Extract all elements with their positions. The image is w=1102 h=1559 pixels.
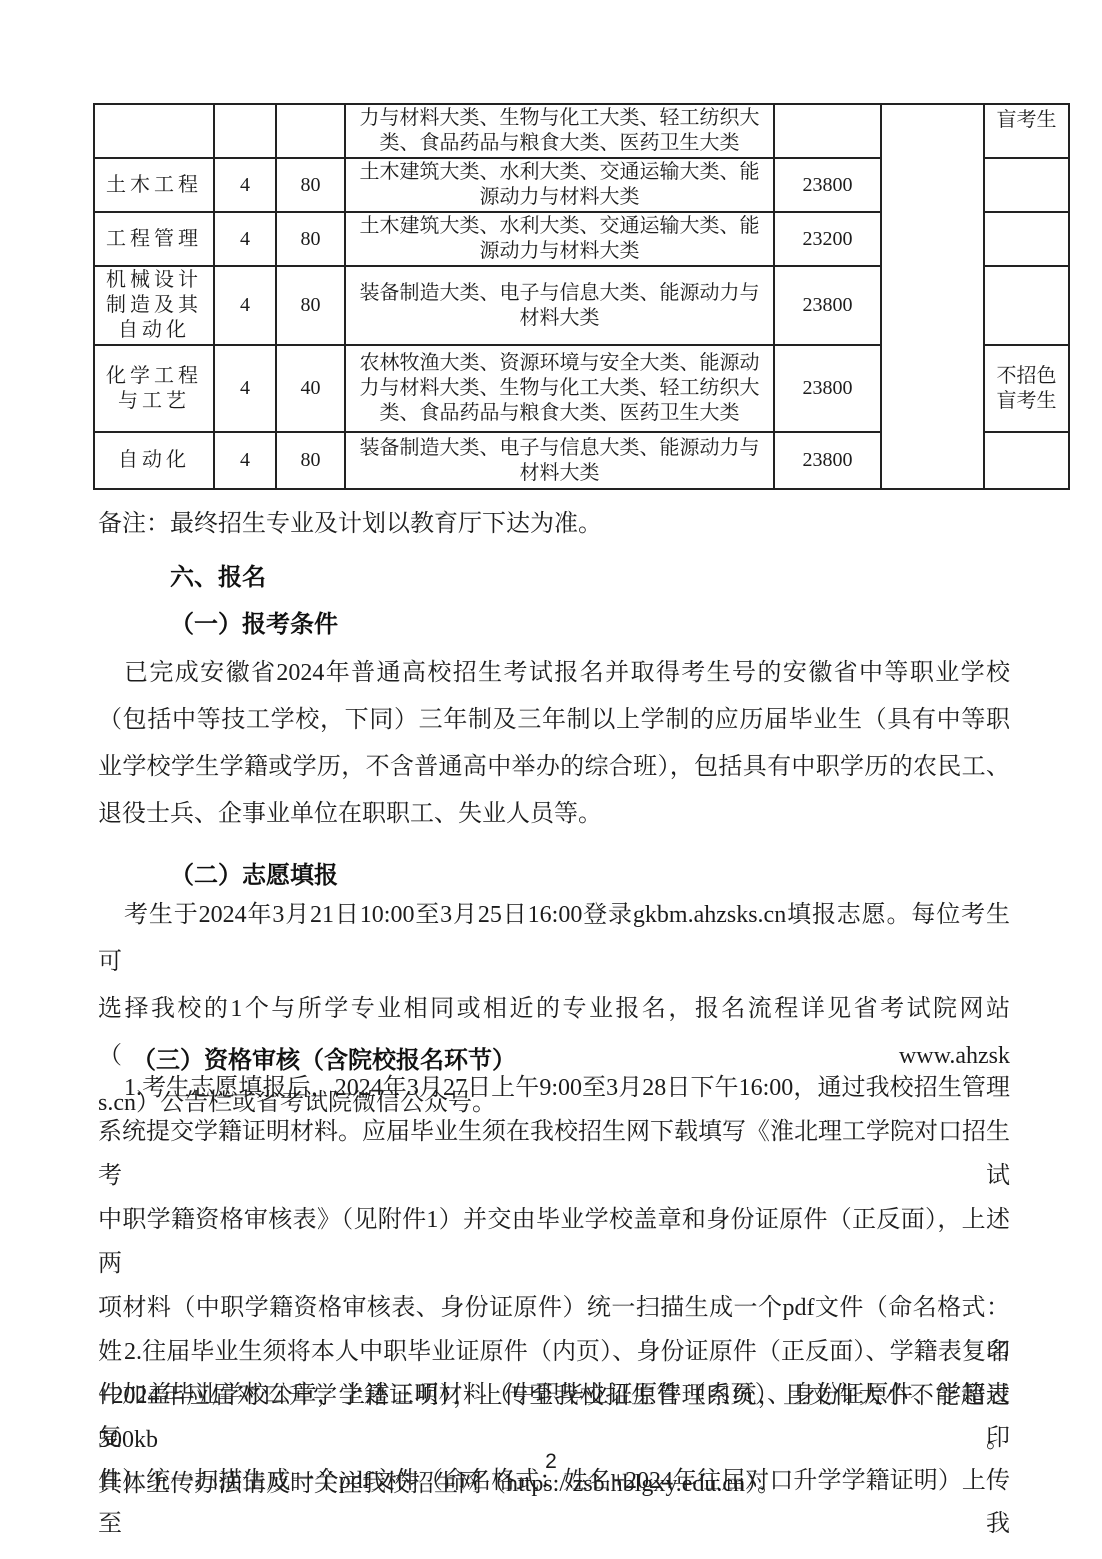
study-years-cell: 4 xyxy=(214,345,276,432)
tuition-fee-cell: 23800 xyxy=(774,345,881,432)
plan-count-cell: 40 xyxy=(276,345,345,432)
category-scope-cell: 装备制造大类、电子与信息大类、能源动力与材料大类 xyxy=(345,266,774,345)
study-years-cell: 4 xyxy=(214,212,276,266)
major-name-cell xyxy=(94,104,214,158)
tuition-fee-cell: 23800 xyxy=(774,158,881,212)
category-scope-cell: 装备制造大类、电子与信息大类、能源动力与材料大类 xyxy=(345,432,774,489)
category-scope-cell: 土木建筑大类、水利大类、交通运输大类、能源动力与材料大类 xyxy=(345,158,774,212)
major-name-cell: 机械设计制造及其自动化 xyxy=(94,266,214,345)
text-line: 已完成安徽省2024年普通高校招生考试报名并取得考生号的安徽省中等职业学校 xyxy=(98,650,1010,697)
study-years-cell xyxy=(214,104,276,158)
text-line: 退役士兵、企事业单位在职职工、失业人员等。 xyxy=(98,791,1010,838)
text-line: 2.往届毕业生须将本人中职毕业证原件（内页）、身份证原件（正反面）、学籍表复印 xyxy=(98,1331,1010,1374)
text-line: （包括中等技工学校，下同）三年制及三年制以上学制的应历届毕业生（具有中等职 xyxy=(98,697,1010,744)
plan-count-cell: 80 xyxy=(276,212,345,266)
category-scope-cell: 土木建筑大类、水利大类、交通运输大类、能源动力与材料大类 xyxy=(345,212,774,266)
text-line: 业学校学生学籍或学历，不含普通高中举办的综合班），包括具有中职学历的农民工、 xyxy=(98,744,1010,791)
enrollment-plan-table: 力与材料大类、生物与化工大类、轻工纺织大类、食品药品与粮食大类、医药卫生大类盲考… xyxy=(93,103,1070,490)
major-name-cell: 工程管理 xyxy=(94,212,214,266)
text-line: 1.考生志愿填报后，2024年3月27日上午9:00至3月28日下午16:00，… xyxy=(98,1066,1010,1110)
subsection-heading-volunteer-filling: （二）志愿填报 xyxy=(170,855,338,890)
plan-count-cell xyxy=(276,104,345,158)
tuition-fee-cell: 23800 xyxy=(774,266,881,345)
major-name-cell: 化学工程与工艺 xyxy=(94,345,214,432)
subsection-heading-application-conditions: （一）报考条件 xyxy=(170,604,338,639)
note-cell xyxy=(984,432,1069,489)
study-years-cell: 4 xyxy=(214,266,276,345)
plan-table-body: 力与材料大类、生物与化工大类、轻工纺织大类、食品药品与粮食大类、医药卫生大类盲考… xyxy=(94,104,1069,489)
empty-merged-cell xyxy=(881,104,984,489)
study-years-cell: 4 xyxy=(214,158,276,212)
table-remark: 备注：最终招生专业及计划以教育厅下达为准。 xyxy=(98,503,602,538)
note-cell xyxy=(984,212,1069,266)
text-line: 系统提交学籍证明材料。应届毕业生须在我校招生网下载填写《淮北理工学院对口招生考试 xyxy=(98,1110,1010,1198)
plan-count-cell: 80 xyxy=(276,266,345,345)
tuition-fee-cell: 23200 xyxy=(774,212,881,266)
paragraph-qualification-review-2: 2.往届毕业生须将本人中职毕业证原件（内页）、身份证原件（正反面）、学籍表复印件… xyxy=(98,1331,1010,1546)
note-cell: 盲考生 xyxy=(984,104,1069,158)
text-line: 中职学籍资格审核表》（见附件1）并交由毕业学校盖章和身份证原件（正反面），上述两 xyxy=(98,1198,1010,1286)
page-number: 2 xyxy=(0,1450,1102,1474)
study-years-cell: 4 xyxy=(214,432,276,489)
paragraph-application-conditions: 已完成安徽省2024年普通高校招生考试报名并取得考生号的安徽省中等职业学校（包括… xyxy=(98,650,1010,838)
category-scope-cell: 农林牧渔大类、资源环境与安全大类、能源动力与材料大类、生物与化工大类、轻工纺织大… xyxy=(345,345,774,432)
note-cell xyxy=(984,158,1069,212)
text-line: 件加盖毕业学校公章，上述三项材料（中职毕业证原件（内页）、身份证原件、学籍表复印 xyxy=(98,1374,1010,1460)
plan-count-cell: 80 xyxy=(276,158,345,212)
document-page: 力与材料大类、生物与化工大类、轻工纺织大类、食品药品与粮食大类、医药卫生大类盲考… xyxy=(0,0,1102,1559)
category-scope-cell: 力与材料大类、生物与化工大类、轻工纺织大类、食品药品与粮食大类、医药卫生大类 xyxy=(345,104,774,158)
major-name-cell: 自动化 xyxy=(94,432,214,489)
major-name-cell: 土木工程 xyxy=(94,158,214,212)
note-cell xyxy=(984,266,1069,345)
note-cell: 不招色盲考生 xyxy=(984,345,1069,432)
plan-count-cell: 80 xyxy=(276,432,345,489)
plan-table-row: 力与材料大类、生物与化工大类、轻工纺织大类、食品药品与粮食大类、医药卫生大类盲考… xyxy=(94,104,1069,158)
tuition-fee-cell xyxy=(774,104,881,158)
text-line: 考生于2024年3月21日10:00至3月25日16:00登录gkbm.ahzs… xyxy=(98,892,1010,986)
tuition-fee-cell: 23800 xyxy=(774,432,881,489)
section-heading-registration: 六、报名 xyxy=(170,557,266,592)
